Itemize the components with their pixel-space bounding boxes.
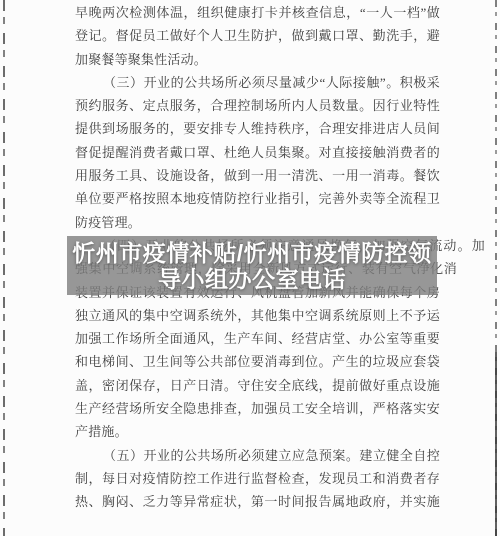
document-line: 防疫管理。 bbox=[75, 211, 440, 234]
title-overlay: 忻州市疫情补贴/忻州市疫情防控领 导小组办公室电话 bbox=[67, 236, 437, 295]
document-line: 登记。督促员工做好个人卫生防护，做到戴口罩、勤洗手，避免参 bbox=[75, 24, 440, 47]
page-edge-left bbox=[3, 0, 5, 536]
page-edge-right-solid bbox=[495, 352, 497, 536]
document-line: 用服务工具、设施设备，做到一用一清洗、一用一消毒。餐饮服务 bbox=[75, 164, 440, 187]
document-line: 独立通风的集中空调系统外，其他集中空调系统原则上不予运行。 bbox=[75, 304, 440, 327]
document-line: 提供到场服务的，要安排专人维持秩序，合理安排进店人员间距， bbox=[75, 117, 440, 140]
scanned-document-page: 早晚两次检测体温，组织健康打卡并核查信息，“一人一档”做好 登记。督促员工做好个… bbox=[0, 0, 500, 536]
document-line: 预约服务、定点服务，合理控制场所内人员数量。因行业特性必须 bbox=[75, 94, 440, 117]
document-line: 早晚两次检测体温，组织健康打卡并核查信息，“一人一档”做好 bbox=[75, 1, 440, 24]
document-line: 热、胸闷、乏力等异常症状，第一时间报告属地政府，并实施隔离、 bbox=[75, 490, 440, 513]
document-line: 盖，密闭保存，日产日清。守住安全底线，提前做好重点设施设备、 bbox=[75, 374, 440, 397]
document-line: 和电梯间、卫生间等公共部位要消毒到位。产生的垃圾应套袋加 bbox=[75, 350, 440, 373]
document-line: 产措施。 bbox=[75, 420, 440, 443]
document-line: （五）开业的公共场所必须建立应急预案。建立健全自控机 bbox=[75, 444, 440, 467]
document-line: 生产经营场所安全隐患排查，加强员工安全培训，严格落实安全生 bbox=[75, 397, 440, 420]
overlay-title-line-2: 导小组办公室电话 bbox=[67, 266, 437, 292]
document-line: 加聚餐等聚集性活动。 bbox=[75, 48, 440, 71]
document-line: 单位要严格按照本地疫情防控行业指引，完善外卖等全流程卫生 bbox=[75, 187, 440, 210]
document-line: 制，每日对疫情防控工作进行监督检查，发现员工和消费者存在发 bbox=[75, 467, 440, 490]
document-line: （三）开业的公共场所必须尽量减少“人际接触”。积极采用 bbox=[75, 71, 440, 94]
document-line: 督促提醒消费者戴口罩、杜绝人员集聚。对直接接触消费者的共 bbox=[75, 141, 440, 164]
overlay-title-line-1: 忻州市疫情补贴/忻州市疫情防控领 bbox=[67, 240, 437, 266]
document-line: 加强工作场所全面通风，生产车间、经营店堂、办公室等重要区域 bbox=[75, 327, 440, 350]
